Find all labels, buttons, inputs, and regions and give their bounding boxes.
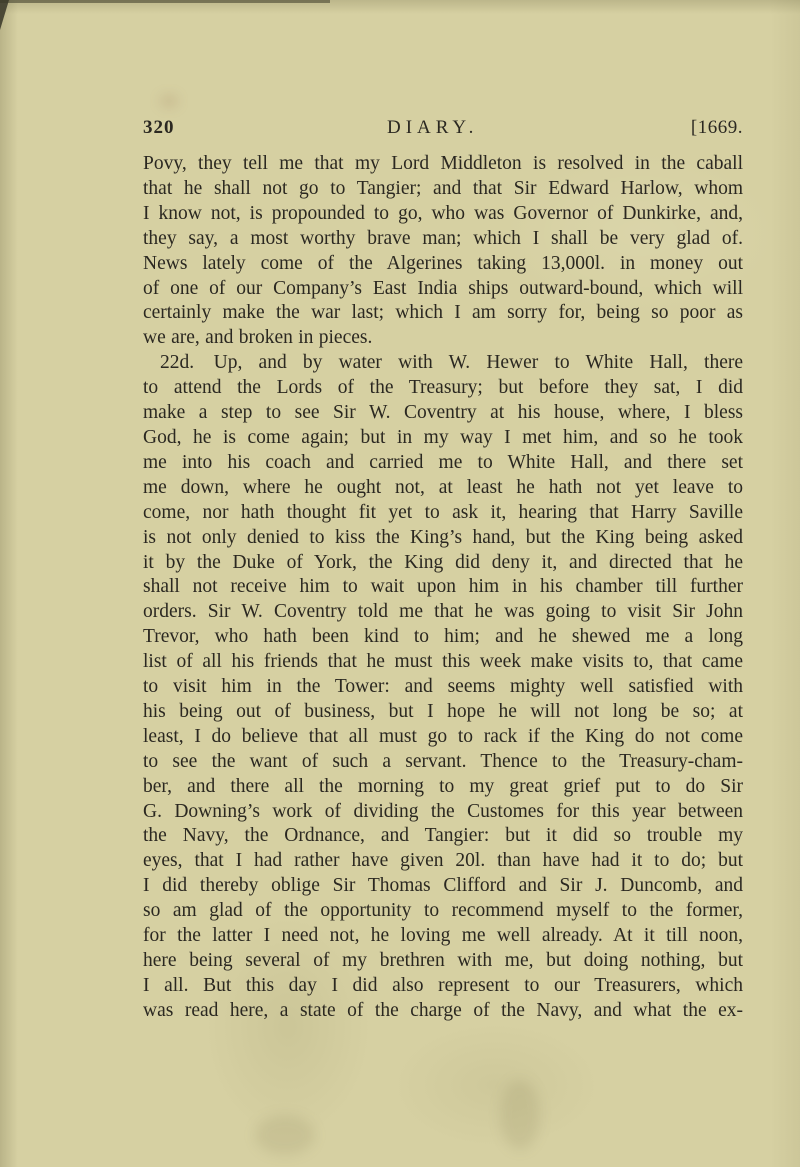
book-page: 320 DIARY. [1669. Povy, they tell me tha… [0,0,800,1167]
running-head: 320 DIARY. [1669. [143,117,743,139]
text-line: to see the want of such a servant. Thenc… [143,750,743,775]
text-line: to attend the Lords of the Treasury; but… [143,376,743,401]
text-line: I all. But this day I did also represent… [143,974,743,999]
text-line: I did thereby oblige Sir Thomas Clifford… [143,874,743,899]
paper-stain [255,1115,315,1155]
text-line: it by the Duke of York, the King did den… [143,551,743,576]
text-line: they say, a most worthy brave man; which… [143,227,743,252]
text-line: make a step to see Sir W. Coventry at hi… [143,401,743,426]
text-line: we are, and broken in pieces. [143,326,743,351]
body-text: Povy, they tell me that my Lord Middleto… [143,152,743,1024]
scan-edge-corner [0,0,9,30]
text-line: God, he is come again; but in my way I m… [143,426,743,451]
text-line: come, nor hath thought fit yet to ask it… [143,501,743,526]
text-line: I know not, is propounded to go, who was… [143,202,743,227]
text-line: shall not receive him to wait upon him i… [143,575,743,600]
text-line: for the latter I need not, he loving me … [143,924,743,949]
text-line: is not only denied to kiss the King’s ha… [143,526,743,551]
text-line: of one of our Company’s East India ships… [143,277,743,302]
text-line: Trevor, who hath been kind to him; and h… [143,625,743,650]
text-line: so am glad of the opportunity to recomme… [143,899,743,924]
text-line: the Navy, the Ordnance, and Tangier: but… [143,824,743,849]
text-line: orders. Sir W. Coventry told me that he … [143,600,743,625]
text-line: Povy, they tell me that my Lord Middleto… [143,152,743,177]
text-line: G. Downing’s work of dividing the Custom… [143,800,743,825]
text-line: that he shall not go to Tangier; and tha… [143,177,743,202]
paper-stain [160,95,178,107]
text-line: his being out of business, but I hope he… [143,700,743,725]
paper-stain [500,1080,540,1150]
text-line: me down, where he ought not, at least he… [143,476,743,501]
text-line: to visit him in the Tower: and seems mig… [143,675,743,700]
scan-edge-top [0,0,330,3]
text-line: eyes, that I had rather have given 20l. … [143,849,743,874]
text-line: me into his coach and carried me to Whit… [143,451,743,476]
text-line: was read here, a state of the charge of … [143,999,743,1024]
year-marker: [1669. [691,117,743,139]
text-line: certainly make the war last; which I am … [143,301,743,326]
text-line: 22d. Up, and by water with W. Hewer to W… [143,351,743,376]
running-title: DIARY. [387,117,478,139]
text-line: ber, and there all the morning to my gre… [143,775,743,800]
text-line: list of all his friends that he must thi… [143,650,743,675]
page-number: 320 [143,117,175,139]
text-line: News lately come of the Algerines taking… [143,252,743,277]
text-line: least, I do believe that all must go to … [143,725,743,750]
text-line: here being several of my brethren with m… [143,949,743,974]
